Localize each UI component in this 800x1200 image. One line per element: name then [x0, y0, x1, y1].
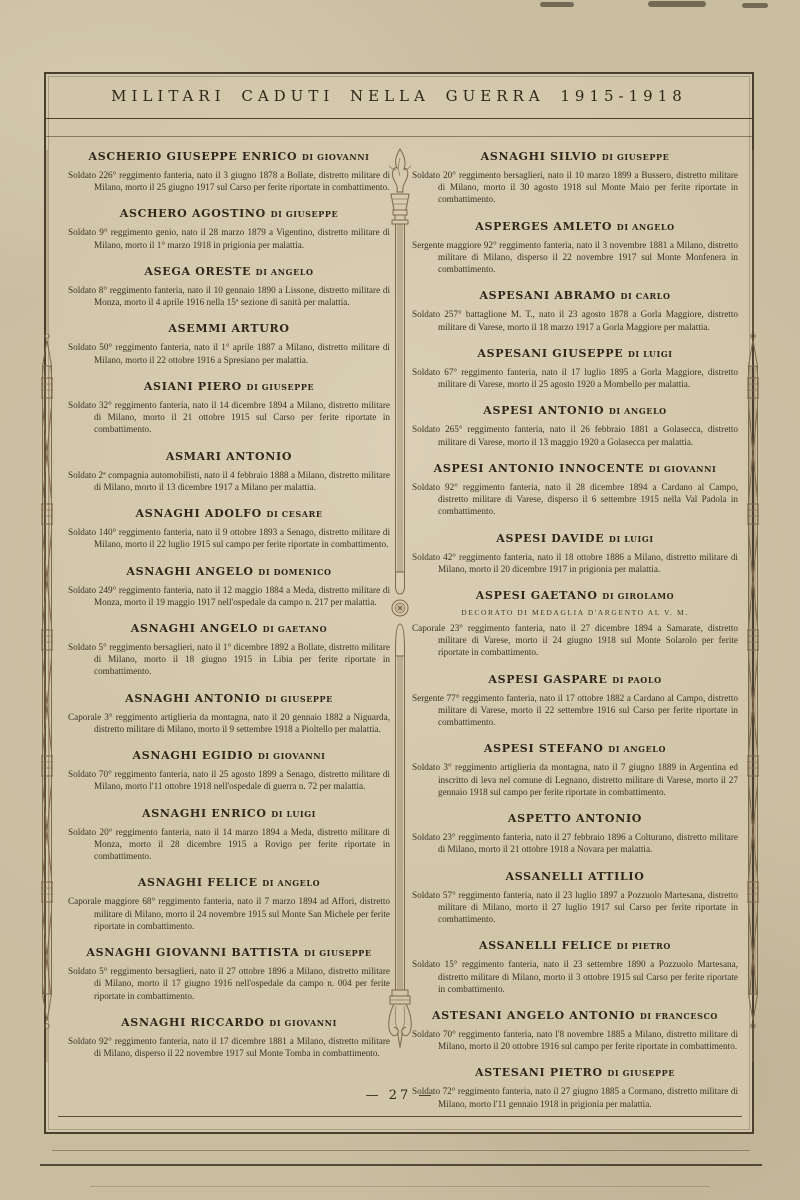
- soldier-record: Soldato 9° reggimento genio, nato il 28 …: [68, 226, 390, 250]
- patronymic: di Giovanni: [265, 1018, 337, 1028]
- soldier-entry: ASSANELLI FELICE di PietroSoldato 15° re…: [412, 939, 738, 995]
- soldier-name: ASPESI DAVIDE di Luigi: [412, 532, 738, 545]
- soldier-entry: ASIANI PIERO di GiuseppeSoldato 32° regg…: [68, 380, 390, 436]
- page-edge-smudge: [648, 1, 706, 7]
- soldier-name: ASNAGHI FELICE di Angelo: [68, 876, 390, 889]
- soldier-entry: ASPESANI GIUSEPPE di LuigiSoldato 67° re…: [412, 347, 738, 390]
- patronymic: di Angelo: [251, 267, 314, 277]
- patronymic: di Giuseppe: [242, 382, 314, 392]
- soldier-name: ASPETTO ANTONIO: [412, 812, 738, 825]
- soldier-record: Soldato 20° reggimento bersaglieri, nato…: [412, 169, 738, 206]
- patronymic: di Pietro: [612, 941, 671, 951]
- soldier-record: Sergente 77° reggimento fanteria, nato i…: [412, 692, 738, 729]
- soldier-name: ASPESI ANTONIO di Angelo: [412, 404, 738, 417]
- soldier-entry: ASNAGHI FELICE di AngeloCaporale maggior…: [68, 876, 390, 932]
- soldier-record: Caporale 3° reggimento artiglieria da mo…: [68, 711, 390, 735]
- patronymic: di Francesco: [635, 1011, 718, 1021]
- soldier-record: Soldato 20° reggimento fanteria, nato il…: [68, 826, 390, 863]
- soldier-entry: ASPESI ANTONIO di AngeloSoldato 265° reg…: [412, 404, 738, 447]
- soldier-name: ASPESI STEFANO di Angelo: [412, 742, 738, 755]
- soldier-name: ASNAGHI EGIDIO di Giovanni: [68, 749, 390, 762]
- soldier-name: ASSANELLI ATTILIO: [412, 870, 738, 883]
- soldier-record: Soldato 5° reggimento bersaglieri, nato …: [68, 641, 390, 678]
- patronymic: di Girolamo: [598, 591, 675, 601]
- soldier-record: Caporale maggiore 68° reggimento fanteri…: [68, 895, 390, 932]
- soldier-entry: ASPESI ANTONIO INNOCENTE di GiovanniSold…: [412, 462, 738, 518]
- soldier-name: ASPESANI ABRAMO di Carlo: [412, 289, 738, 302]
- soldier-entry: ASEGA ORESTE di AngeloSoldato 8° reggime…: [68, 265, 390, 308]
- soldier-record: Soldato 42° reggimento fanteria, nato il…: [412, 551, 738, 575]
- soldier-entry: ASNAGHI ANGELO di GaetanoSoldato 5° regg…: [68, 622, 390, 678]
- soldier-record: Soldato 140° reggimento fanteria, nato i…: [68, 526, 390, 550]
- soldier-entry: ASNAGHI SILVIO di GiuseppeSoldato 20° re…: [412, 150, 738, 206]
- title-underline-rule: [46, 119, 752, 137]
- soldier-name: ASNAGHI ENRICO di Luigi: [68, 807, 390, 820]
- soldier-entry: ASPESI GAETANO di GirolamoDecorato di me…: [412, 589, 738, 659]
- soldier-name: ASCHERO AGOSTINO di Giuseppe: [68, 207, 390, 220]
- patronymic: di Giuseppe: [299, 948, 371, 958]
- soldier-record: Soldato 70° reggimento fanteria, nato l'…: [412, 1028, 738, 1052]
- soldier-entry: ASTESANI ANGELO ANTONIO di FrancescoSold…: [412, 1009, 738, 1052]
- decoration-note: Decorato di medaglia d'argento al V. M.: [412, 608, 738, 617]
- soldier-entry: ASPESANI ABRAMO di CarloSoldato 257° bat…: [412, 289, 738, 332]
- soldier-record: Soldato 92° reggimento fanteria, nato il…: [412, 481, 738, 518]
- soldier-record: Caporale 23° reggimento fanteria, nato i…: [412, 622, 738, 659]
- soldier-name: ASPERGES AMLETO di Angelo: [412, 220, 738, 233]
- soldier-record: Soldato 5° reggimento bersaglieri, nato …: [68, 965, 390, 1002]
- patronymic: di Giovanni: [644, 464, 716, 474]
- patronymic: di Angelo: [604, 744, 667, 754]
- soldier-name: ASIANI PIERO di Giuseppe: [68, 380, 390, 393]
- patronymic: di Cesare: [262, 509, 323, 519]
- soldier-entry: ASCHERIO GIUSEPPE ENRICO di GiovanniSold…: [68, 150, 390, 193]
- soldier-entry: ASMARI ANTONIOSoldato 2ª compagnia autom…: [68, 450, 390, 493]
- soldier-name: ASEMMI ARTURO: [68, 322, 390, 335]
- column-right: ASNAGHI SILVIO di GiuseppeSoldato 20° re…: [412, 150, 738, 1124]
- soldier-name: ASMARI ANTONIO: [68, 450, 390, 463]
- soldier-name: ASSANELLI FELICE di Pietro: [412, 939, 738, 952]
- patronymic: di Giovanni: [297, 152, 369, 162]
- soldier-entry: ASSANELLI ATTILIOSoldato 57° reggimento …: [412, 870, 738, 926]
- patronymic: di Angelo: [258, 878, 321, 888]
- soldier-record: Soldato 8° reggimento fanteria, nato il …: [68, 284, 390, 308]
- soldier-name: ASNAGHI SILVIO di Giuseppe: [412, 150, 738, 163]
- soldier-entry: ASNAGHI GIOVANNI BATTISTA di GiuseppeSol…: [68, 946, 390, 1002]
- soldier-entry: ASNAGHI ANGELO di DomenicoSoldato 249° r…: [68, 565, 390, 608]
- soldier-entry: ASCHERO AGOSTINO di GiuseppeSoldato 9° r…: [68, 207, 390, 250]
- soldier-name: ASEGA ORESTE di Angelo: [68, 265, 390, 278]
- soldier-record: Soldato 249° reggimento fanteria, nato i…: [68, 584, 390, 608]
- patronymic: di Carlo: [616, 291, 671, 301]
- page-number: — 27 —: [0, 1088, 800, 1103]
- soldier-name: ASNAGHI ANGELO di Gaetano: [68, 622, 390, 635]
- soldier-record: Soldato 3° reggimento artiglieria da mon…: [412, 761, 738, 798]
- soldier-record: Soldato 226° reggimento fanteria, nato i…: [68, 169, 390, 193]
- soldier-record: Soldato 67° reggimento fanteria, nato il…: [412, 366, 738, 390]
- soldier-name: ASPESANI GIUSEPPE di Luigi: [412, 347, 738, 360]
- soldier-name: ASTESANI PIETRO di Giuseppe: [412, 1066, 738, 1079]
- soldier-name: ASNAGHI ADOLFO di Cesare: [68, 507, 390, 520]
- patronymic: di Giuseppe: [261, 694, 333, 704]
- soldier-name: ASPESI ANTONIO INNOCENTE di Giovanni: [412, 462, 738, 475]
- soldier-record: Soldato 50° reggimento fanteria, nato il…: [68, 341, 390, 365]
- patronymic: di Luigi: [267, 809, 316, 819]
- page-edge-line: [52, 1150, 750, 1151]
- page-title: MILITARI CADUTI NELLA GUERRA 1915-1918: [111, 87, 687, 105]
- patronymic: di Paolo: [608, 675, 662, 685]
- patronymic: di Angelo: [604, 406, 667, 416]
- patronymic: di Angelo: [612, 222, 675, 232]
- title-band: MILITARI CADUTI NELLA GUERRA 1915-1918: [46, 74, 752, 119]
- soldier-entry: ASPESI STEFANO di AngeloSoldato 3° reggi…: [412, 742, 738, 798]
- soldier-record: Soldato 57° reggimento fanteria, nato il…: [412, 889, 738, 926]
- patronymic: di Luigi: [623, 349, 672, 359]
- soldier-name: ASNAGHI ANTONIO di Giuseppe: [68, 692, 390, 705]
- soldier-entry: ASPERGES AMLETO di AngeloSergente maggio…: [412, 220, 738, 276]
- footer-rule: [58, 1116, 742, 1117]
- soldier-record: Soldato 257° battaglione M. T., nato il …: [412, 308, 738, 332]
- soldier-name: ASCHERIO GIUSEPPE ENRICO di Giovanni: [68, 150, 390, 163]
- soldier-name: ASNAGHI RICCARDO di Giovanni: [68, 1016, 390, 1029]
- soldier-entry: ASPESI GASPARE di PaoloSergente 77° regg…: [412, 673, 738, 729]
- soldier-entry: ASNAGHI EGIDIO di GiovanniSoldato 70° re…: [68, 749, 390, 792]
- soldier-name: ASNAGHI ANGELO di Domenico: [68, 565, 390, 578]
- soldier-name: ASPESI GAETANO di Girolamo: [412, 589, 738, 602]
- soldier-entry: ASPESI DAVIDE di LuigiSoldato 42° reggim…: [412, 532, 738, 575]
- soldier-name: ASTESANI ANGELO ANTONIO di Francesco: [412, 1009, 738, 1022]
- scanned-memorial-page: { "page": { "title": "MILITARI CADUTI NE…: [0, 0, 800, 1200]
- soldier-record: Sergente maggiore 92° reggimento fanteri…: [412, 239, 738, 276]
- soldier-entry: ASPETTO ANTONIOSoldato 23° reggimento fa…: [412, 812, 738, 855]
- column-left: ASCHERIO GIUSEPPE ENRICO di GiovanniSold…: [68, 150, 390, 1073]
- page-edge-smudge: [540, 2, 574, 7]
- soldier-record: Soldato 92° reggimento fanteria, nato il…: [68, 1035, 390, 1059]
- soldier-record: Soldato 15° reggimento fanteria, nato il…: [412, 958, 738, 995]
- page-edge-line: [40, 1164, 762, 1166]
- patronymic: di Giuseppe: [266, 209, 338, 219]
- page-edge-line: [90, 1186, 710, 1187]
- soldier-record: Soldato 2ª compagnia automobilisti, nato…: [68, 469, 390, 493]
- soldier-record: Soldato 23° reggimento fanteria, nato il…: [412, 831, 738, 855]
- soldier-entry: ASNAGHI ENRICO di LuigiSoldato 20° reggi…: [68, 807, 390, 863]
- patronymic: di Luigi: [604, 534, 653, 544]
- soldier-record: Soldato 265° reggimento fanteria, nato i…: [412, 423, 738, 447]
- patronymic: di Giovanni: [253, 751, 325, 761]
- patronymic: di Giuseppe: [597, 152, 669, 162]
- soldier-entry: ASNAGHI ANTONIO di GiuseppeCaporale 3° r…: [68, 692, 390, 735]
- soldier-name: ASNAGHI GIOVANNI BATTISTA di Giuseppe: [68, 946, 390, 959]
- soldier-entry: ASNAGHI RICCARDO di GiovanniSoldato 92° …: [68, 1016, 390, 1059]
- soldier-record: Soldato 70° reggimento fanteria, nato il…: [68, 768, 390, 792]
- patronymic: di Gaetano: [258, 624, 327, 634]
- soldier-record: Soldato 32° reggimento fanteria, nato il…: [68, 399, 390, 436]
- soldier-entry: ASEMMI ARTUROSoldato 50° reggimento fant…: [68, 322, 390, 365]
- soldier-entry: ASNAGHI ADOLFO di CesareSoldato 140° reg…: [68, 507, 390, 550]
- patronymic: di Domenico: [254, 567, 332, 577]
- patronymic: di Giuseppe: [603, 1068, 675, 1078]
- soldier-name: ASPESI GASPARE di Paolo: [412, 673, 738, 686]
- page-edge-smudge: [742, 3, 768, 8]
